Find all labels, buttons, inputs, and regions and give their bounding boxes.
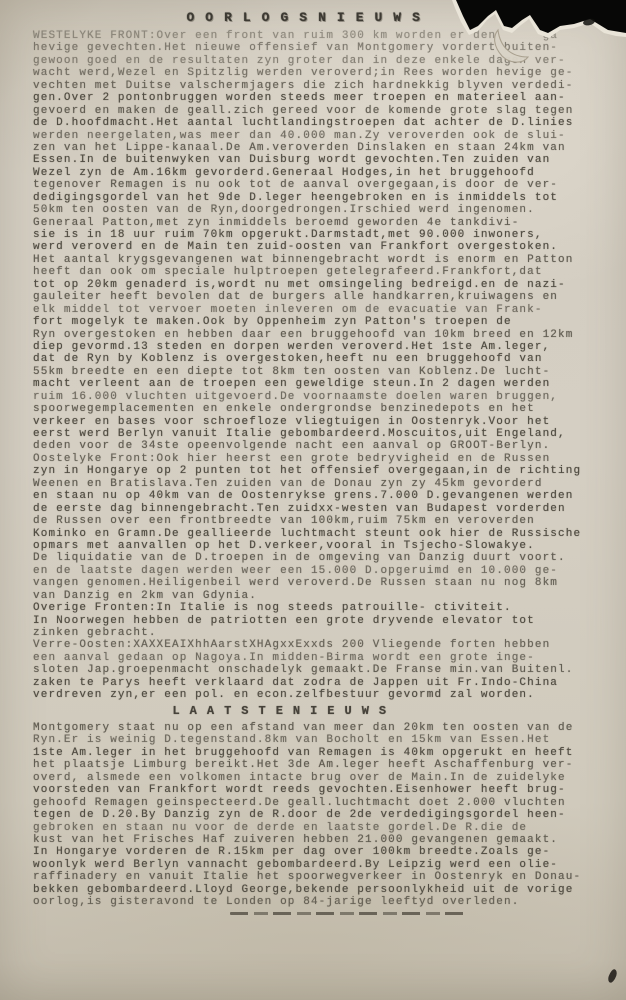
text-line: zyn in Hongarye op 2 punten tot het offe… bbox=[33, 465, 607, 477]
text-line: macht verleent aan de troepen een geweld… bbox=[33, 378, 607, 390]
text-line: dat de Ryn by Koblenz is overgestoken,he… bbox=[33, 353, 607, 365]
text-line: de Russen over een frontbreedte van 100k… bbox=[33, 515, 607, 527]
text-line: verdreven zyn,er een pol. en econ.zelfbe… bbox=[33, 689, 607, 701]
text-line: Generaal Patton,met zyn inmiddels beroem… bbox=[33, 217, 607, 229]
text-line: 1ste Am.leger in het bruggehoofd van Rem… bbox=[33, 747, 607, 759]
text-line: wacht werd,Wezel en Spitzlig werden vero… bbox=[33, 67, 607, 79]
text-line: het plaatsje Limburg bereikt.Het 3de Am.… bbox=[33, 759, 607, 771]
text-line: Montgomery staat nu op een afstand van m… bbox=[33, 722, 607, 734]
text-line: Weenen en Bratislava.Ten zuiden van de D… bbox=[33, 478, 607, 490]
text-line: zen van het Lippe-kanaal.De Am.veroverde… bbox=[33, 142, 607, 154]
text-line: Ryn overgestoken en hebben daar een brug… bbox=[33, 329, 607, 341]
article-body-main: WESTELYKE FRONT:Over een front van ruim … bbox=[33, 30, 607, 702]
text-line: gehoofd Remagen geinspecteerd.De geall.l… bbox=[33, 797, 607, 809]
text-line: zinken gebracht. bbox=[33, 627, 607, 639]
article-body-latest-news: Montgomery staat nu op een afstand van m… bbox=[33, 722, 607, 909]
text-line: gewoon goed en de resultaten zyn groter … bbox=[33, 55, 607, 67]
text-line: fort mogelyk te maken.Ook by Oppenheim z… bbox=[33, 316, 607, 328]
document-page: O O R L O G S N I E U W S WESTELYKE FRON… bbox=[0, 0, 626, 1000]
text-line: een aanval gedaan op Nagoya.In midden-Bi… bbox=[33, 652, 607, 664]
text-line: deden voor de 34ste opeenvolgende nacht … bbox=[33, 440, 607, 452]
text-line: de eerste dag binnengebracht.Ten zuidxx-… bbox=[33, 503, 607, 515]
ink-speck bbox=[607, 968, 618, 984]
text-line: Ryn.Er is weinig D.tegenstand.8km van Bo… bbox=[33, 734, 607, 746]
text-line: verkeer en bases voor schroefloze vliegt… bbox=[33, 416, 607, 428]
text-line: gebroken en staan nu voor de derde en la… bbox=[33, 822, 607, 834]
text-line: Wezel zyn de Am.16km gevorderd.Generaal … bbox=[33, 167, 607, 179]
text-line: Oostelyke Front:Ook hier heerst een grot… bbox=[33, 453, 607, 465]
text-line: De liquidatie van de D.troepen in de omg… bbox=[33, 552, 607, 564]
text-line: voorsteden van Frankfort wordt reeds gev… bbox=[33, 784, 607, 796]
text-line: oorlog,is gisteravond te Londen op 84-ja… bbox=[33, 896, 607, 908]
text-line: overd, alsmede een volkomen intacte brug… bbox=[33, 772, 607, 784]
document-title: O O R L O G S N I E U W S bbox=[0, 10, 608, 25]
text-line: sloten Jap.groepenmacht onschadelyk gema… bbox=[33, 664, 607, 676]
text-line: vechten met Duitse valschermjagers die z… bbox=[33, 80, 607, 92]
text-line: opmars met aanvallen op het D.verkeer,vo… bbox=[33, 540, 607, 552]
text-line: van Danzig en 2km van Gdynia. bbox=[33, 590, 607, 602]
text-line: en staan nu op 40km van de Oostenrykse g… bbox=[33, 490, 607, 502]
text-line: 50km ten oosten van de Ryn,doorgedrongen… bbox=[33, 204, 607, 216]
text-line: tot op 20km genaderd is,wordt nu met oms… bbox=[33, 279, 607, 291]
text-line: bekken gebombardeerd.Lloyd George,bekend… bbox=[33, 884, 607, 896]
divider-rule bbox=[230, 912, 467, 915]
text-line: raffinadery en vanuit Italie het spoorwe… bbox=[33, 871, 607, 883]
text-line: zaken te Parys heeft verklaard dat zodra… bbox=[33, 677, 607, 689]
text-line: vangen genomen.Heiligenbeil werd verover… bbox=[33, 577, 607, 589]
text-line: spoorwegemplacementen en enkele ondergro… bbox=[33, 403, 607, 415]
text-line: gen.Over 2 pontonbruggen worden steeds m… bbox=[33, 92, 607, 104]
text-line: en de laatste dagen werden weer een 15.0… bbox=[33, 565, 607, 577]
text-line: Verre-Oosten:XAXXEAIXhhAarstXHAgxxExxds … bbox=[33, 639, 607, 651]
section-heading-latest-news: L A A T S T E N I E U W S bbox=[0, 704, 560, 718]
text-line: gauleiter heeft bevolen dat de burgers a… bbox=[33, 291, 607, 303]
text-line: eerst werd Berlyn vanuit Italie gebombar… bbox=[33, 428, 607, 440]
text-line: sie is in 18 uur ruim 70km opgerukt.Darm… bbox=[33, 229, 607, 241]
text-line: Essen.In de buitenwyken van Duisburg wor… bbox=[33, 154, 607, 166]
text-line: Overige Fronten:In Italie is nog steeds … bbox=[33, 602, 607, 614]
text-line: In Noorwegen hebben de patriotten een gr… bbox=[33, 615, 607, 627]
text-line: WESTELYKE FRONT:Over een front van ruim … bbox=[33, 30, 607, 42]
text-line: diep gevormd.13 steden en dorpen werden … bbox=[33, 341, 607, 353]
text-line: Het aantal krygsgevangenen wat binnengeb… bbox=[33, 254, 607, 266]
text-line: kust van het Frisches Haf zuiveren hebbe… bbox=[33, 834, 607, 846]
text-line: tegenover Remagen is nu ook tot de aanva… bbox=[33, 179, 607, 191]
text-line: 55km breedte en een diepte tot 8km ten o… bbox=[33, 366, 607, 378]
text-line: heeft dan ook om speciale hulptroepen ge… bbox=[33, 266, 607, 278]
text-line: dedigingsgordel van het 9de D.leger heen… bbox=[33, 192, 607, 204]
text-line: ruim 16.000 vluchten uitgevoerd.De voorn… bbox=[33, 391, 607, 403]
text-line: werden neergelaten,was meer dan 40.000 m… bbox=[33, 130, 607, 142]
text-line: werd veroverd en de Main ten zuid-oosten… bbox=[33, 241, 607, 253]
text-line: Kominko en Gramn.De geallieerde luchtmac… bbox=[33, 528, 607, 540]
text-line: de D.hoofdmacht.Het aantal luchtlandings… bbox=[33, 117, 607, 129]
text-line: woonlyk werd Berlyn vannacht gebombardee… bbox=[33, 859, 607, 871]
text-line: tegen de D.20.By Danzig zyn de R.door de… bbox=[33, 809, 607, 821]
text-line: gevoerd en maken de geall.zich gereed vo… bbox=[33, 105, 607, 117]
text-line: elk middel tot vervoer moeten inleveren … bbox=[33, 304, 607, 316]
text-line: hevige gevechten.Het nieuwe offensief va… bbox=[33, 42, 607, 54]
text-line: In Hongarye vorderen de R.15km per dag o… bbox=[33, 846, 607, 858]
